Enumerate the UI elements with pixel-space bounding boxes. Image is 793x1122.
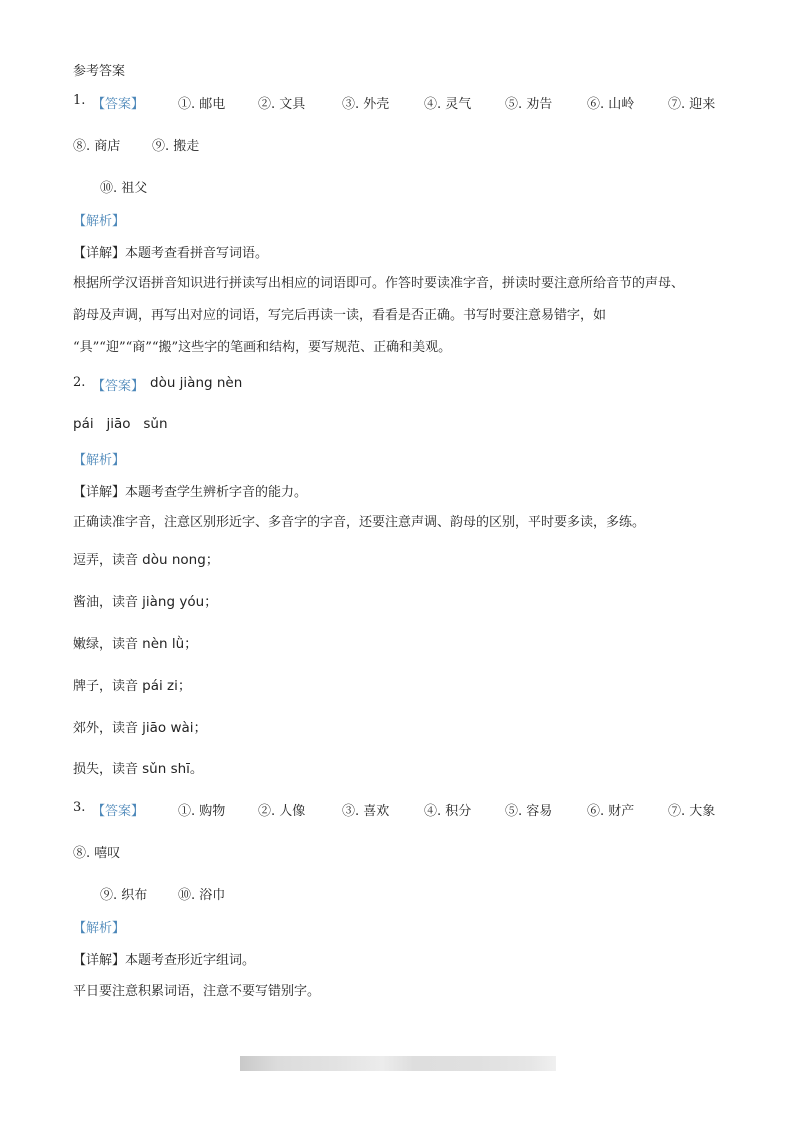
q1-item-4: ④. 灵气 (424, 93, 471, 112)
q3-detail: 【详解】本题考查形近字组词。 (73, 952, 255, 970)
q1-item-1: ①. 邮电 (178, 93, 225, 112)
q2-answer-pinyin-1: dòu jiàng nèn (150, 375, 242, 391)
q3-explanation: 平日要注意积累词语，注意不要写错别字。 (73, 983, 320, 1001)
q3-answer-row-3: ⑨. 织布 ⑩. 浴巾 (0, 884, 793, 904)
q3-item-3: ③. 喜欢 (342, 800, 389, 819)
q1-item-10: ⑩. 祖父 (100, 177, 147, 196)
document-page: 参考答案 1. 【答案】 ①. 邮电 ②. 文具 ③. 外壳 ④. 灵气 ⑤. … (0, 0, 793, 1122)
q3-item-1: ①. 购物 (178, 800, 225, 819)
blurred-footer-watermark (240, 1056, 556, 1071)
q2-reading-6: 损失，读音 sǔn shī。 (73, 760, 203, 779)
q1-item-7: ⑦. 迎来 (668, 93, 715, 112)
q1-answer-row-3: ⑩. 祖父 (0, 177, 793, 197)
q1-explanation-3: “具”“迎”“商”“搬”这些字的笔画和结构，要写规范、正确和美观。 (73, 339, 451, 357)
q2-reading-4: 牌子，读音 pái zi； (73, 677, 191, 696)
q2-reading-2: 酱油，读音 jiàng yóu； (73, 593, 218, 612)
q1-detail: 【详解】本题考查看拼音写词语。 (73, 245, 268, 263)
q3-item-6: ⑥. 财产 (587, 800, 634, 819)
q3-item-9: ⑨. 织布 (100, 884, 147, 903)
q1-item-8: ⑧. 商店 (73, 135, 120, 154)
q3-item-2: ②. 人像 (258, 800, 305, 819)
q1-item-5: ⑤. 劝告 (505, 93, 552, 112)
page-title: 参考答案 (73, 63, 125, 81)
q1-explanation-2: 韵母及声调，再写出对应的词语，写完后再读一读，看看是否正确。书写时要注意易错字，… (73, 307, 606, 325)
q2-number: 2. (73, 375, 85, 390)
q2-answer-tag: 【答案】 (92, 375, 144, 394)
q2-analysis-tag: 【解析】 (73, 452, 125, 470)
q2-answer-row-2: pái jiāo sǔn (0, 416, 793, 436)
q3-item-7: ⑦. 大象 (668, 800, 715, 819)
q2-explanation: 正确读准字音，注意区别形近字、多音字的字音，还要注意声调、韵母的区别，平时要多读… (73, 514, 645, 532)
q3-item-8: ⑧. 嘻叹 (73, 842, 120, 861)
q1-explanation-1: 根据所学汉语拼音知识进行拼读写出相应的词语即可。作答时要读准字音，拼读时要注意所… (73, 275, 684, 293)
q3-answer-row-2: ⑧. 嘻叹 (0, 842, 793, 862)
q3-item-5: ⑤. 容易 (505, 800, 552, 819)
q2-reading-5: 郊外，读音 jiāo wài； (73, 719, 207, 738)
q2-reading-3: 嫩绿，读音 nèn lǜ； (73, 635, 198, 654)
q1-answer-row: 1. 【答案】 ①. 邮电 ②. 文具 ③. 外壳 ④. 灵气 ⑤. 劝告 ⑥.… (0, 93, 793, 113)
q3-analysis-tag: 【解析】 (73, 920, 125, 938)
q2-answer-row: 2. 【答案】 dòu jiàng nèn (0, 375, 793, 395)
q1-item-9: ⑨. 搬走 (152, 135, 199, 154)
q1-number: 1. (73, 93, 85, 108)
q1-answer-row-2: ⑧. 商店 ⑨. 搬走 (0, 135, 793, 155)
q2-answer-pinyin-2: pái jiāo sǔn (73, 416, 168, 432)
q1-analysis-tag: 【解析】 (73, 213, 125, 231)
q3-answer-row: 3. 【答案】 ①. 购物 ②. 人像 ③. 喜欢 ④. 积分 ⑤. 容易 ⑥.… (0, 800, 793, 820)
q1-answer-tag: 【答案】 (92, 93, 144, 112)
q3-number: 3. (73, 800, 85, 815)
q2-detail: 【详解】本题考查学生辨析字音的能力。 (73, 484, 307, 502)
q3-item-4: ④. 积分 (424, 800, 471, 819)
q3-item-10: ⑩. 浴巾 (178, 884, 225, 903)
q2-reading-1: 逗弄，读音 dòu nong； (73, 551, 219, 570)
q1-item-2: ②. 文具 (258, 93, 305, 112)
q1-item-3: ③. 外壳 (342, 93, 389, 112)
q3-answer-tag: 【答案】 (92, 800, 144, 819)
q1-item-6: ⑥. 山岭 (587, 93, 634, 112)
